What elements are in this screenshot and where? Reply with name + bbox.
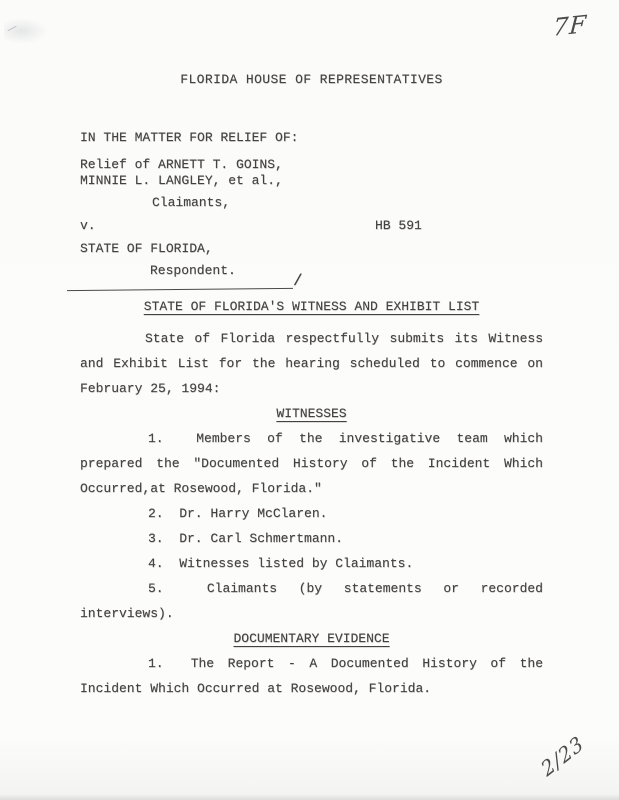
scanned-document-page: 7F FLORIDA HOUSE OF REPRESENTATIVES IN T… [0, 0, 619, 800]
handwritten-exhibit-mark: 7F [552, 10, 588, 42]
caption-relief-line-1: Relief of ARNETT T. GOINS, [80, 158, 543, 172]
versus-label: v. [80, 218, 96, 233]
caption-in-matter: IN THE MATTER FOR RELIEF OF: [80, 131, 543, 145]
witness-item-4: 4. Witnesses listed by Claimants. [80, 551, 543, 576]
evidence-heading-row: DOCUMENTARY EVIDENCE [80, 626, 543, 651]
scan-edge-shadow [0, 794, 619, 800]
witness-item-2: 2. Dr. Harry McClaren. [80, 501, 543, 526]
court-title: FLORIDA HOUSE OF REPRESENTATIVES [80, 73, 543, 87]
witness-item-5: 5. Claimants (by statements or recorded … [80, 576, 543, 626]
witnesses-heading: WITNESSES [276, 406, 346, 421]
evidence-item-1: 1. The Report - A Documented History of … [80, 651, 543, 701]
handwritten-date-mark: 2/23 [537, 731, 588, 782]
caption-respondent-label: Respondent. [80, 264, 543, 278]
scan-smudge [4, 18, 48, 44]
horizontal-rule [67, 288, 293, 291]
caption-claimants-label: Claimants, [80, 196, 543, 210]
case-number: HB 591 [375, 219, 422, 233]
witness-item-1: 1. Members of the investigative team whi… [80, 426, 543, 501]
document-text: State of Florida respectfully submits it… [80, 326, 543, 701]
witness-item-3: 3. Dr. Carl Schmertmann. [80, 526, 543, 551]
caption-closing-rule: / [80, 278, 543, 294]
witnesses-heading-row: WITNESSES [80, 401, 543, 426]
document-title-row: STATE OF FLORIDA'S WITNESS AND EXHIBIT L… [80, 300, 543, 314]
document-title: STATE OF FLORIDA'S WITNESS AND EXHIBIT L… [144, 299, 479, 314]
caption-relief-line-2: MINNIE L. LANGLEY, et al., [80, 174, 543, 188]
filing-slash: / [293, 274, 303, 288]
document-body: FLORIDA HOUSE OF REPRESENTATIVES IN THE … [80, 0, 543, 701]
caption-versus-row: v. HB 591 [80, 219, 543, 233]
caption-respondent-name: STATE OF FLORIDA, [80, 242, 543, 256]
evidence-heading: DOCUMENTARY EVIDENCE [233, 631, 389, 646]
intro-paragraph: State of Florida respectfully submits it… [80, 326, 543, 401]
